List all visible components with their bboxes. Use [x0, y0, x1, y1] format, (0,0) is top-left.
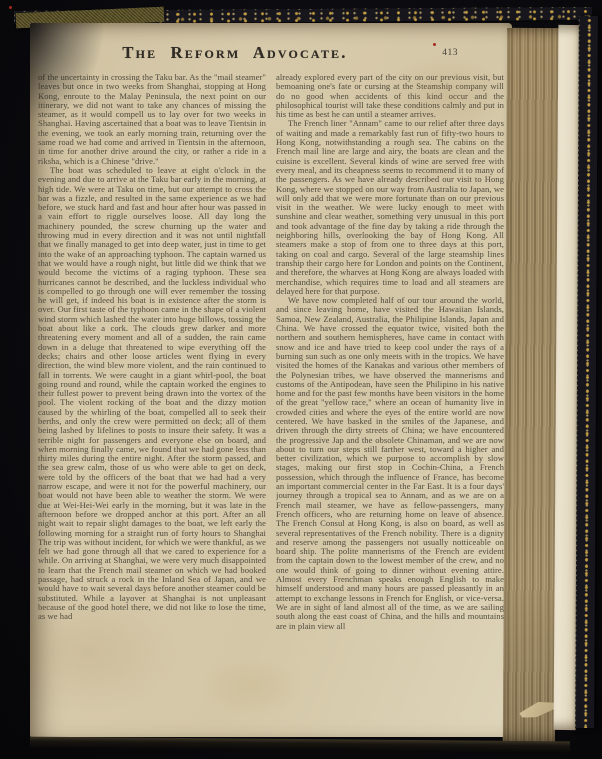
book-bottom-edge	[30, 737, 570, 753]
text-columns: of the uncertainty in crossing the Taku …	[38, 73, 504, 725]
paragraph: of the uncertainty in crossing the Taku …	[38, 73, 266, 166]
paragraph: We have now completed half of our tour a…	[276, 296, 504, 631]
paragraph: already explored every part of the city …	[276, 73, 504, 119]
text-column-left: of the uncertainty in crossing the Taku …	[38, 73, 266, 725]
text-column-right: already explored every part of the city …	[276, 73, 504, 725]
paragraph: The French liner "Annam" came to our rel…	[276, 119, 504, 296]
paragraph: The boat was scheduled to leave at eight…	[38, 166, 266, 622]
book-cover-right-edge	[575, 16, 598, 728]
page-number: 413	[442, 48, 458, 58]
page-header: The Reform Advocate. 413	[38, 43, 504, 69]
book-page: The Reform Advocate. 413 of the uncertai…	[30, 23, 512, 737]
page-block-fore-edge	[503, 28, 559, 744]
red-ink-speck	[433, 43, 436, 46]
photo-of-open-book: The Reform Advocate. 413 of the uncertai…	[0, 0, 602, 759]
journal-title: The Reform Advocate.	[38, 43, 504, 63]
red-speck-background	[9, 6, 12, 9]
